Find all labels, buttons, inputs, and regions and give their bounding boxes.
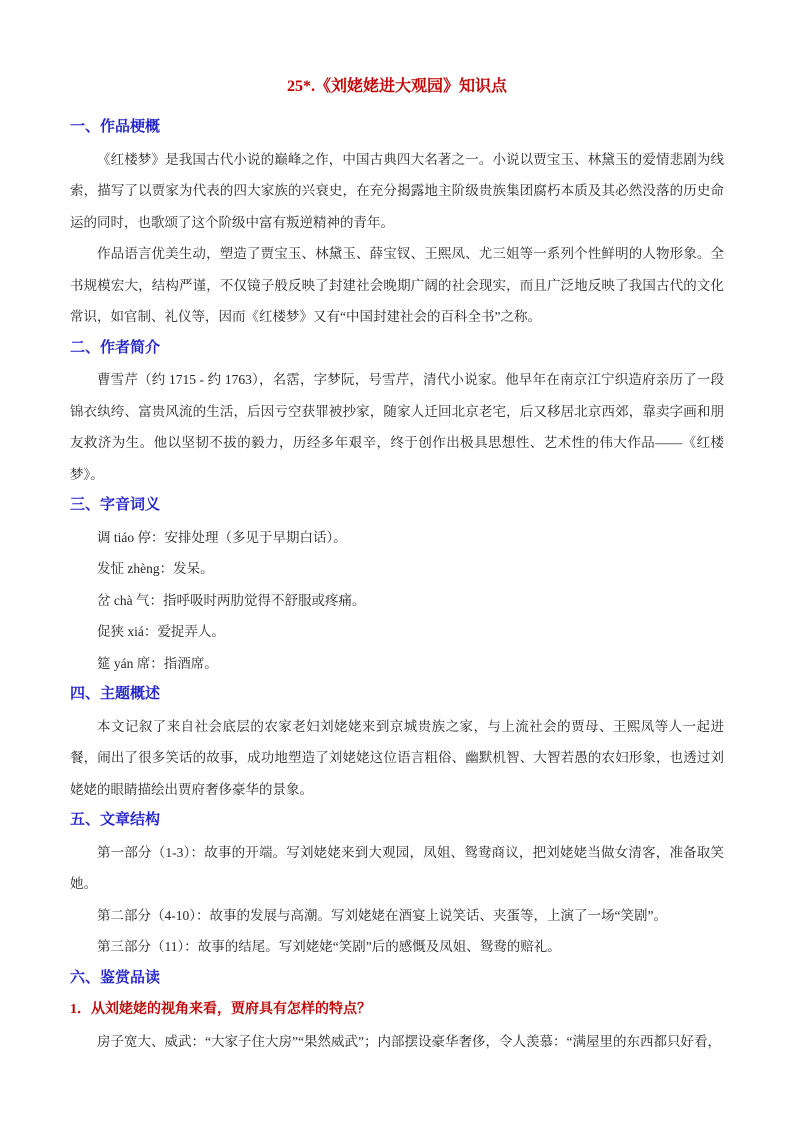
section-heading-structure: 五、文章结构 xyxy=(70,805,724,837)
pinyin-entry: 调 tiáo 停：安排处理（多见于早期白话）。 xyxy=(70,522,724,554)
answer-paragraph: 房子宽大、威武：“大家子住大房”“果然威武”；内部摆设豪华奢侈，令人羡慕：“满屋… xyxy=(70,1026,724,1058)
section-heading-theme: 四、主题概述 xyxy=(70,679,724,711)
section-heading-author-intro: 二、作者简介 xyxy=(70,333,724,365)
structure-part-3: 第三部分（11）：故事的结尾。写刘姥姥“笑剧”后的感慨及凤姐、鸳鸯的赔礼。 xyxy=(70,931,724,963)
pinyin-entry: 筵 yán 席：指酒席。 xyxy=(70,648,724,680)
pinyin-entry: 发怔 zhèng：发呆。 xyxy=(70,553,724,585)
paragraph: 本文记叙了来自社会底层的农家老妇刘姥姥来到京城贵族之家，与上流社会的贾母、王熙凤… xyxy=(70,711,724,806)
paragraph: 曹雪芹（约 1715 - 约 1763），名霑，字梦阮，号雪芹，清代小说家。他早… xyxy=(70,364,724,490)
paragraph: 《红楼梦》是我国古代小说的巅峰之作，中国古典四大名著之一。小说以贾宝玉、林黛玉的… xyxy=(70,144,724,239)
structure-part-1: 第一部分（1-3）：故事的开端。写刘姥姥来到大观园，凤姐、鸳鸯商议，把刘姥姥当做… xyxy=(70,837,724,900)
document-page: 25*.《刘姥姥进大观园》知识点 一、作品梗概 《红楼梦》是我国古代小说的巅峰之… xyxy=(0,0,793,1122)
structure-part-2: 第二部分（4-10）：故事的发展与高潮。写刘姥姥在酒宴上说笑话、夹蛋等，上演了一… xyxy=(70,900,724,932)
section-heading-work-summary: 一、作品梗概 xyxy=(70,112,724,144)
pinyin-entry: 促狭 xiá：爱捉弄人。 xyxy=(70,616,724,648)
section-heading-pronunciation: 三、字音词义 xyxy=(70,490,724,522)
paragraph: 作品语言优美生动，塑造了贾宝玉、林黛玉、薛宝钗、王熙凤、尤三姐等一系列个性鲜明的… xyxy=(70,238,724,333)
question-1: 1．从刘姥姥的视角来看，贾府具有怎样的特点？ xyxy=(70,994,724,1026)
page-title: 25*.《刘姥姥进大观园》知识点 xyxy=(70,70,724,104)
section-heading-appreciation: 六、鉴赏品读 xyxy=(70,963,724,995)
pinyin-entry: 岔 chà 气：指呼吸时两肋觉得不舒服或疼痛。 xyxy=(70,585,724,617)
